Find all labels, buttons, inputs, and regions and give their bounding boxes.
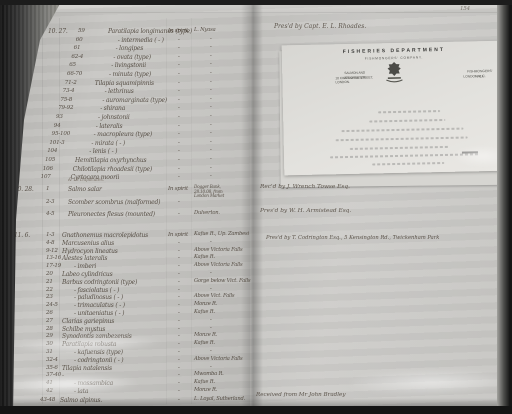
species-name: Chilotilapia rhoadesii (type) — [73, 166, 152, 173]
specimen-number: 106 — [43, 166, 53, 172]
specimen-number: 59 — [78, 28, 85, 34]
presented-by-codrington-note: Pres'd by T. Codrington Esq., 5 Kensingt… — [266, 235, 439, 241]
species-name: Scomber scombrus (malformed) — [68, 199, 160, 206]
glare-highlight — [0, 373, 135, 395]
specimen-number: 20 — [46, 271, 53, 277]
specimen-number: 95-100 — [52, 131, 71, 137]
locality: - — [210, 130, 212, 136]
species-name: - paludinosus ( - ) — [62, 294, 123, 301]
preservation-method: - — [178, 211, 180, 217]
specimen-number: 61 — [74, 45, 81, 51]
preservation-method: In spirit — [168, 232, 188, 238]
preservation-method: - — [178, 157, 180, 163]
locality: - — [210, 139, 212, 145]
preservation-method: - — [178, 294, 180, 300]
presented-by-armistead-note: Pres'd by W. H. Armistead Esq. — [260, 208, 351, 214]
species-name: Clarias gariepinus — [62, 318, 114, 325]
preservation-method: - — [178, 71, 180, 77]
locality: Monze R. — [194, 332, 217, 338]
preservation-method: - — [178, 88, 180, 94]
species-name: - longipes — [104, 45, 144, 52]
locality: - — [210, 348, 212, 354]
specimen-number: 4-8 — [46, 240, 54, 246]
species-name: Barbus codringtonii (type) — [62, 279, 137, 286]
specimen-number: 66-70 — [67, 71, 82, 77]
specimen-number: 27 — [46, 318, 53, 324]
species-name: - auromarginata (type) — [90, 97, 167, 104]
specimen-number: 26 — [46, 310, 53, 316]
species-name: Hemitilapia oxyrhynchus — [75, 157, 146, 164]
locality: Above Victoria Falls — [194, 247, 242, 253]
specimen-number: 21 — [46, 279, 53, 285]
coat-of-arms-icon — [383, 61, 405, 85]
locality: - — [210, 122, 212, 128]
preservation-method: - — [178, 263, 180, 269]
preservation-method: - — [178, 365, 180, 371]
specimen-number: 104 — [47, 148, 57, 154]
locality: - — [210, 36, 212, 42]
locality: - — [210, 147, 212, 153]
preservation-method: - — [178, 310, 180, 316]
locality: - — [210, 270, 212, 276]
faint-pencil-note-line — [369, 119, 445, 123]
species-name: Salmo salar — [68, 186, 102, 193]
species-name: Labeo cylindricus — [62, 271, 112, 278]
specimen-number: 94 — [54, 123, 61, 129]
preservation-method: - — [178, 131, 180, 137]
preservation-method: - — [178, 166, 180, 172]
locality: Kafue R. — [194, 379, 215, 385]
preservation-method: - — [178, 114, 180, 120]
specimen-number: 17-19 — [46, 263, 61, 269]
preservation-method: In spirit — [168, 186, 188, 192]
preservation-method: - — [178, 271, 180, 277]
locality: Dulverton. — [194, 210, 220, 216]
preservation-method: - — [178, 140, 180, 146]
species-name: Marcusenius alius — [62, 240, 114, 247]
locality: - — [210, 61, 212, 67]
locality: - — [210, 364, 212, 370]
specimen-number: 9-12 — [46, 248, 58, 254]
preservation-method: - — [178, 80, 180, 86]
specimen-number: 23 — [46, 294, 53, 300]
specimen-number: 35-6 — [46, 365, 58, 371]
preservation-method: - — [178, 388, 180, 394]
specimen-number: 73-4 — [63, 88, 75, 94]
locality: Kafue R. — [194, 254, 215, 260]
locality: Kafue R., Up. Zambesi — [194, 231, 249, 237]
species-name: - intermedia ( - ) — [106, 37, 164, 44]
locality: - — [210, 156, 212, 162]
preservation-method: - — [178, 45, 180, 51]
preservation-method: - — [178, 54, 180, 60]
photo-top-border — [0, 0, 512, 5]
locality: Kafue R. — [194, 340, 215, 346]
preservation-method: In spirit. — [168, 28, 189, 34]
species-name: Gnathonemus macrolepidotus — [62, 232, 148, 239]
duplicates-footnote: & 18 Duplicates. — [68, 178, 104, 183]
presented-by-rhoades-note: Pres'd by Capt. E. L. Rhoades. — [274, 23, 366, 30]
locality: - — [210, 96, 212, 102]
address-line: LONDON, E.C. — [463, 74, 485, 79]
locality: - — [210, 317, 212, 323]
locality: - — [210, 79, 212, 85]
faint-pencil-note-line — [341, 128, 463, 133]
faint-pencil-note-line — [378, 110, 440, 113]
book-right-page-edges — [497, 0, 512, 414]
specimen-number: 1 — [46, 186, 49, 192]
species-name: - lethrinus — [93, 88, 134, 95]
letterhead-left-address: SALMON AND FRESHWATER, 18 CHARLOTTE STRE… — [296, 70, 374, 81]
species-name: Alestes lateralis — [62, 255, 107, 262]
photo-bottom-border — [0, 406, 512, 414]
species-name: - minuta (type) — [97, 71, 151, 78]
locality: - — [210, 104, 212, 110]
species-name: - macropleura (type) — [82, 131, 152, 138]
specimen-number: 75-8 — [60, 97, 72, 103]
locality: - — [210, 87, 212, 93]
specimen-number: 28 — [46, 326, 53, 332]
preservation-method: - — [178, 174, 180, 180]
species-name: - fasciolatus ( - ) — [62, 287, 119, 294]
specimen-number: 60 — [76, 37, 83, 43]
specimen-number: 105 — [45, 157, 55, 163]
preservation-method: - — [178, 326, 180, 332]
locality: - — [210, 173, 212, 179]
species-name: Schilbe mystus — [62, 326, 105, 333]
glare-highlight — [350, 369, 512, 396]
locality: Dogger Bank, 28.10.08, from London Marke… — [194, 185, 224, 199]
preservation-method: - — [178, 357, 180, 363]
specimen-number: 65 — [69, 62, 76, 68]
preservation-method: - — [178, 240, 180, 246]
preservation-method: - — [178, 380, 180, 386]
species-name: Tilapia squamipinnis — [95, 80, 154, 87]
locality: - — [210, 113, 212, 119]
locality: Above Victoria Falls — [194, 356, 242, 362]
species-name: - shirana — [88, 105, 125, 112]
locality: Mwomba R. — [194, 371, 224, 377]
locality: - — [210, 165, 212, 171]
faint-pencil-note-line — [350, 146, 450, 150]
preservation-method: - — [178, 302, 180, 308]
preservation-method: - — [178, 37, 180, 43]
preservation-method: - — [178, 318, 180, 324]
locality: Monze R. — [194, 301, 217, 307]
preservation-method: - — [178, 248, 180, 254]
preservation-method: - — [178, 123, 180, 129]
specimen-number: 4-5 — [46, 211, 54, 217]
specimen-number: 107 — [41, 174, 51, 180]
locality: - — [210, 70, 212, 76]
specimen-number: 79-92 — [58, 105, 73, 111]
specimen-number: 101-3 — [49, 140, 64, 146]
specimen-number: 32-4 — [46, 357, 58, 363]
letterhead-right-address: FISHMONGERS' HALL, LONDON, E.C. — [430, 69, 496, 75]
specimen-number: 62-4 — [71, 54, 83, 60]
preservation-method: - — [178, 341, 180, 347]
species-name: - lateralis — [84, 123, 123, 130]
specimen-number: 71-2 — [65, 80, 77, 86]
locality: Kafue R. — [194, 309, 215, 315]
preservation-method: - — [178, 97, 180, 103]
specimen-number: 93 — [56, 114, 63, 120]
preservation-method: - — [178, 105, 180, 111]
locality: Above Vict. Falls — [194, 293, 234, 299]
preservation-method: - — [178, 287, 180, 293]
specimen-number: 2-3 — [46, 199, 54, 205]
locality: Monze R. — [194, 387, 217, 393]
locality: - — [210, 53, 212, 59]
page-number: 154 — [460, 6, 470, 12]
locality: Above Victoria Falls — [194, 262, 242, 268]
species-name: Tilapia natalensis — [62, 365, 112, 372]
specimen-number: 24-5 — [46, 302, 58, 308]
address-line: LONDON. — [335, 80, 350, 85]
species-name: - livingstonii — [99, 62, 146, 69]
species-name: - unitaeniatus ( - ) — [62, 310, 124, 317]
species-name: - codringtonii ( - ) — [62, 357, 123, 364]
species-name: - lenis ( - ) — [77, 148, 117, 155]
species-name: - johnstonii — [86, 114, 130, 121]
locality: - — [210, 44, 212, 50]
locality: L. Nyasa — [194, 27, 215, 33]
species-name: - ovata (type) — [101, 54, 150, 61]
locality: Gorge below Vict. Falls — [194, 278, 250, 284]
locality: - — [210, 239, 212, 245]
preservation-method: - — [178, 372, 180, 378]
preservation-method: - — [178, 333, 180, 339]
species-name: Hydrocyon lineatus — [62, 248, 118, 255]
register-book-photo: 1908 10. 27.59Paratilapia longimanus (ty… — [0, 0, 512, 414]
preservation-method: - — [178, 199, 180, 205]
locality: - — [210, 325, 212, 331]
species-name: - trimaculatus ( - ) — [62, 302, 125, 309]
accession-date-code: 10. 27. — [48, 28, 68, 35]
species-name: Pleuronectes flesus (mounted) — [68, 211, 155, 218]
received-by-towse-note: Rec'd by J. Wrench Towse Esq. — [260, 184, 350, 190]
species-name: - mirata ( - ) — [79, 140, 125, 147]
specimen-number: 13-16 — [46, 255, 61, 261]
preservation-method: - — [178, 255, 180, 261]
species-name: - imberi — [62, 263, 96, 270]
faint-pencil-note-line — [336, 136, 468, 141]
locality: - — [210, 286, 212, 292]
specimen-number: 1-3 — [46, 232, 54, 238]
specimen-number: 22 — [46, 287, 53, 293]
preservation-method: - — [178, 62, 180, 68]
accession-date-code: 11. 6. — [14, 232, 30, 239]
faint-pencil-note-line — [372, 162, 444, 166]
preservation-method: - — [178, 349, 180, 355]
preservation-method: - — [178, 279, 180, 285]
preservation-method: - — [178, 148, 180, 154]
